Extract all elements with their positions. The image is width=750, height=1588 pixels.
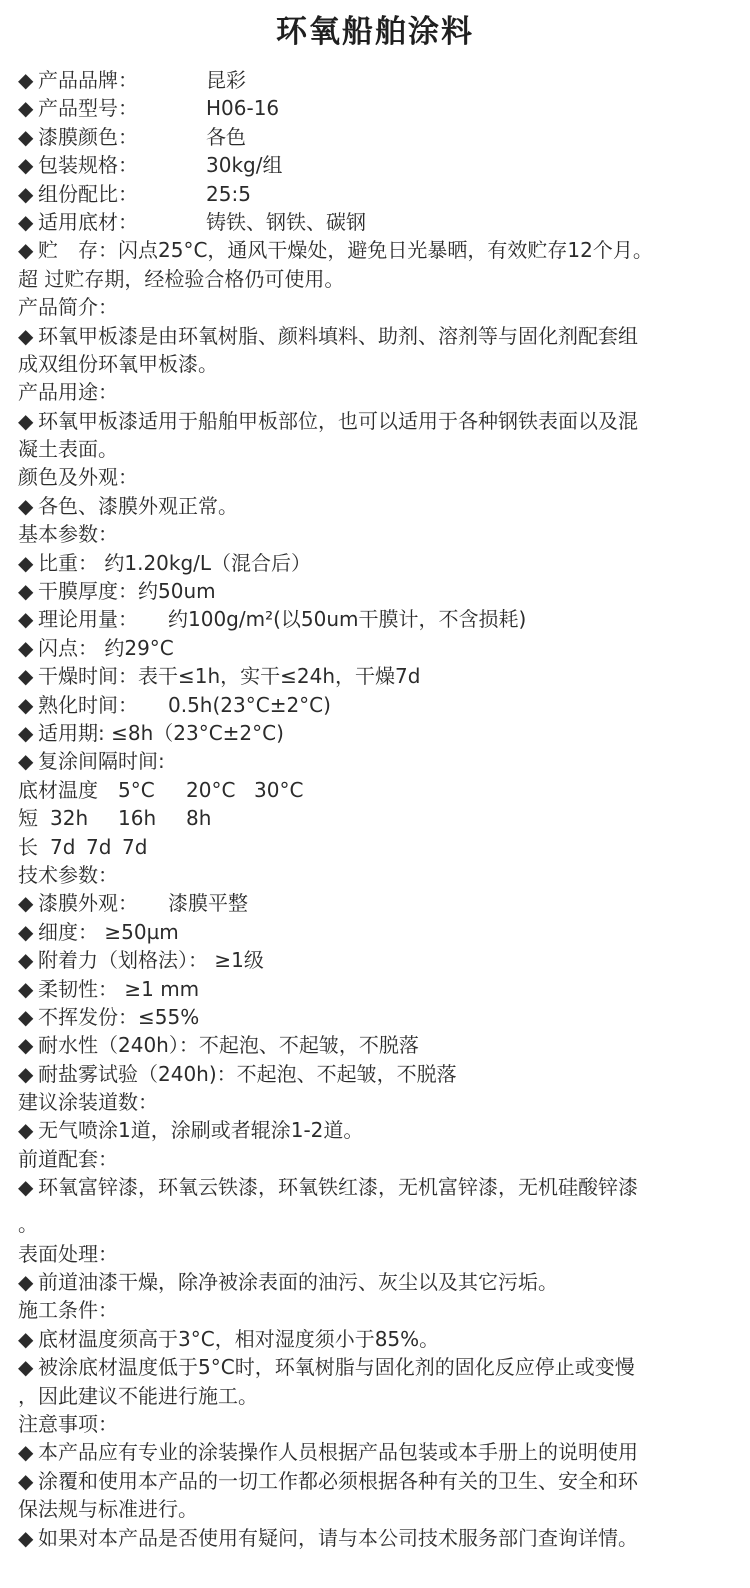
param-text: 比重： 约1.20kg/L（混合后） (38, 551, 311, 575)
table-cell: 7d (86, 833, 122, 861)
section-heading-primer: 前道配套： (18, 1145, 733, 1173)
spec-label: 产品型号： (38, 94, 206, 122)
spec-ratio: ◆组份配比：25:5 (18, 180, 733, 208)
spec-substrate: ◆适用底材：铸铁、钢铁、碳钢 (18, 208, 733, 236)
diamond-bullet-icon: ◆ (18, 94, 38, 122)
param-text: 干燥时间：表干≤1h，实干≤24h，干燥7d (38, 664, 420, 688)
spec-label: 适用底材： (38, 208, 206, 236)
spec-model: ◆产品型号：H06-16 (18, 94, 733, 122)
diamond-bullet-icon: ◆ (18, 747, 38, 775)
tech-param-item: ◆耐盐雾试验（240h)：不起泡、不起皱，不脱落 (18, 1060, 733, 1088)
recoat-table-row: 长7d7d7d (18, 833, 733, 861)
table-cell: 长 (18, 833, 50, 861)
diamond-bullet-icon: ◆ (18, 634, 38, 662)
notes-item: ◆涂覆和使用本产品的一切工作都必须根据各种有关的卫生、安全和环 (18, 1467, 733, 1495)
spec-brand: ◆产品品牌：昆彩 (18, 66, 733, 94)
diamond-bullet-icon: ◆ (18, 123, 38, 151)
table-cell: 7d (50, 833, 86, 861)
surface-text-line: 前道油漆干燥，除净被涂表面的油污、灰尘以及其它污垢。 (38, 1270, 558, 1294)
table-header-cell: 30°C (254, 776, 303, 804)
param-text: 耐盐雾试验（240h)：不起泡、不起皱，不脱落 (38, 1062, 457, 1086)
page-title: 环氧船舶涂料 (0, 10, 750, 54)
table-cell: 7d (122, 833, 147, 861)
notes-item: ◆本产品应有专业的涂装操作人员根据产品包装或本手册上的说明使用 (18, 1438, 733, 1466)
tech-param-item: ◆柔韧性： ≥1 mm (18, 975, 733, 1003)
primer-text-line: 环氧富锌漆，环氧云铁漆，环氧铁红漆，无机富锌漆，无机硅酸锌漆 (38, 1175, 638, 1199)
tech-param-item: ◆漆膜外观： 漆膜平整 (18, 889, 733, 917)
spec-color: ◆漆膜颜色：各色 (18, 123, 733, 151)
diamond-bullet-icon: ◆ (18, 492, 38, 520)
param-text: 熟化时间： 0.5h(23°C±2°C) (38, 693, 331, 717)
diamond-bullet-icon: ◆ (18, 1353, 38, 1381)
recoat-table-header: 底材温度5°C20°C30°C (18, 776, 733, 804)
diamond-bullet-icon: ◆ (18, 236, 38, 264)
diamond-bullet-icon: ◆ (18, 208, 38, 236)
usage-text-line: 环氧甲板漆适用于船舶甲板部位，也可以适用于各种钢铁表面以及混 (38, 409, 638, 433)
param-text: 附着力（划格法）： ≥1级 (38, 948, 264, 972)
spec-value: 25:5 (206, 180, 251, 208)
param-text: 干膜厚度：约50um (38, 579, 216, 603)
primer-text-cont: 。 (18, 1202, 733, 1240)
spec-label: 组份配比： (38, 180, 206, 208)
spec-value: H06-16 (206, 94, 279, 122)
param-text: 适用期: ≤8h（23°C±2°C) (38, 721, 284, 745)
table-header-cell: 5°C (118, 776, 186, 804)
spec-label: 产品品牌： (38, 66, 206, 94)
basic-param-item: ◆干燥时间：表干≤1h，实干≤24h，干燥7d (18, 662, 733, 690)
notes-text: 本产品应有专业的涂装操作人员根据产品包装或本手册上的说明使用 (38, 1440, 638, 1464)
diamond-bullet-icon: ◆ (18, 691, 38, 719)
diamond-bullet-icon: ◆ (18, 1173, 38, 1201)
diamond-bullet-icon: ◆ (18, 151, 38, 179)
notes-text: 如果对本产品是否使用有疑问，请与本公司技术服务部门查询详情。 (38, 1526, 638, 1550)
diamond-bullet-icon: ◆ (18, 889, 38, 917)
usage-text: ◆环氧甲板漆适用于船舶甲板部位，也可以适用于各种钢铁表面以及混 (18, 407, 733, 435)
section-heading-surface: 表面处理： (18, 1240, 733, 1268)
diamond-bullet-icon: ◆ (18, 407, 38, 435)
usage-text-cont: 凝土表面。 (18, 435, 733, 463)
spec-package: ◆包装规格：30kg/组 (18, 151, 733, 179)
tech-param-item: ◆附着力（划格法）： ≥1级 (18, 946, 733, 974)
diamond-bullet-icon: ◆ (18, 719, 38, 747)
storage-line: ◆贮 存：闪点25°C，通风干燥处，避免日光暴晒，有效贮存12个月。 (18, 236, 733, 264)
param-text: 复涂间隔时间: (38, 749, 165, 773)
notes-text: 涂覆和使用本产品的一切工作都必须根据各种有关的卫生、安全和环 (38, 1469, 638, 1493)
table-header-cell: 底材温度 (18, 776, 118, 804)
spec-label: 漆膜颜色： (38, 123, 206, 151)
conditions-item-cont: ，因此建议不能进行施工。 (18, 1382, 733, 1410)
diamond-bullet-icon: ◆ (18, 946, 38, 974)
conditions-text: 底材温度须高于3°C，相对湿度须小于85%。 (38, 1327, 439, 1351)
intro-text-cont: 成双组份环氧甲板漆。 (18, 350, 733, 378)
notes-item-cont: 保法规与标准进行。 (18, 1495, 733, 1523)
param-text: 闪点： 约29°C (38, 636, 174, 660)
conditions-text: 被涂底材温度低于5°C时，环氧树脂与固化剂的固化反应停止或变慢 (38, 1355, 635, 1379)
basic-param-item: ◆适用期: ≤8h（23°C±2°C) (18, 719, 733, 747)
diamond-bullet-icon: ◆ (18, 975, 38, 1003)
diamond-bullet-icon: ◆ (18, 322, 38, 350)
product-spec-document: ◆产品品牌：昆彩 ◆产品型号：H06-16 ◆漆膜颜色：各色 ◆包装规格：30k… (18, 66, 733, 1552)
tech-param-item: ◆耐水性（240h）：不起泡、不起皱，不脱落 (18, 1031, 733, 1059)
section-heading-tech-params: 技术参数： (18, 861, 733, 889)
diamond-bullet-icon: ◆ (18, 662, 38, 690)
diamond-bullet-icon: ◆ (18, 66, 38, 94)
basic-param-item: ◆比重： 约1.20kg/L（混合后） (18, 549, 733, 577)
table-cell: 8h (186, 804, 211, 832)
recoat-table-row: 短32h16h8h (18, 804, 733, 832)
diamond-bullet-icon: ◆ (18, 577, 38, 605)
diamond-bullet-icon: ◆ (18, 1467, 38, 1495)
section-heading-basic-params: 基本参数： (18, 520, 733, 548)
table-cell: 16h (118, 804, 186, 832)
basic-param-item: ◆熟化时间： 0.5h(23°C±2°C) (18, 691, 733, 719)
surface-text: ◆前道油漆干燥，除净被涂表面的油污、灰尘以及其它污垢。 (18, 1268, 733, 1296)
section-heading-appearance: 颜色及外观： (18, 463, 733, 491)
diamond-bullet-icon: ◆ (18, 549, 38, 577)
storage-line-cont: 超 过贮存期，经检验合格仍可使用。 (18, 265, 733, 293)
storage-text: 贮 存：闪点25°C，通风干燥处，避免日光暴晒，有效贮存12个月。 (38, 238, 653, 262)
spec-value: 铸铁、钢铁、碳钢 (206, 208, 366, 236)
spec-label: 包装规格： (38, 151, 206, 179)
coats-text: ◆无气喷涂1道，涂刷或者辊涂1-2道。 (18, 1116, 733, 1144)
conditions-item: ◆底材温度须高于3°C，相对湿度须小于85%。 (18, 1325, 733, 1353)
basic-param-item: ◆闪点： 约29°C (18, 634, 733, 662)
appearance-text: ◆各色、漆膜外观正常。 (18, 492, 733, 520)
section-heading-conditions: 施工条件： (18, 1296, 733, 1324)
table-header-cell: 20°C (186, 776, 254, 804)
section-heading-notes: 注意事项： (18, 1410, 733, 1438)
diamond-bullet-icon: ◆ (18, 605, 38, 633)
diamond-bullet-icon: ◆ (18, 1060, 38, 1088)
table-cell: 短 (18, 804, 50, 832)
coats-text-line: 无气喷涂1道，涂刷或者辊涂1-2道。 (38, 1118, 363, 1142)
basic-param-item: ◆理论用量： 约100g/m²(以50um干膜计，不含损耗) (18, 605, 733, 633)
basic-param-item: ◆复涂间隔时间: (18, 747, 733, 775)
diamond-bullet-icon: ◆ (18, 1116, 38, 1144)
spec-value: 各色 (206, 123, 246, 151)
diamond-bullet-icon: ◆ (18, 1438, 38, 1466)
diamond-bullet-icon: ◆ (18, 1524, 38, 1552)
intro-text-line: 环氧甲板漆是由环氧树脂、颜料填料、助剂、溶剂等与固化剂配套组 (38, 324, 638, 348)
intro-text: ◆环氧甲板漆是由环氧树脂、颜料填料、助剂、溶剂等与固化剂配套组 (18, 322, 733, 350)
diamond-bullet-icon: ◆ (18, 1325, 38, 1353)
spec-value: 30kg/组 (206, 151, 282, 179)
param-text: 耐水性（240h）：不起泡、不起皱，不脱落 (38, 1033, 419, 1057)
diamond-bullet-icon: ◆ (18, 1268, 38, 1296)
param-text: 漆膜外观： 漆膜平整 (38, 891, 248, 915)
section-heading-intro: 产品简介： (18, 293, 733, 321)
notes-item: ◆如果对本产品是否使用有疑问，请与本公司技术服务部门查询详情。 (18, 1524, 733, 1552)
section-heading-usage: 产品用途： (18, 378, 733, 406)
spec-value: 昆彩 (206, 66, 246, 94)
appearance-text-line: 各色、漆膜外观正常。 (38, 494, 238, 518)
param-text: 理论用量： 约100g/m²(以50um干膜计，不含损耗) (38, 607, 526, 631)
diamond-bullet-icon: ◆ (18, 1031, 38, 1059)
primer-text: ◆环氧富锌漆，环氧云铁漆，环氧铁红漆，无机富锌漆，无机硅酸锌漆 (18, 1173, 733, 1201)
basic-param-item: ◆干膜厚度：约50um (18, 577, 733, 605)
tech-param-item: ◆细度： ≥50µm (18, 918, 733, 946)
diamond-bullet-icon: ◆ (18, 918, 38, 946)
tech-param-item: ◆不挥发份：≤55% (18, 1003, 733, 1031)
diamond-bullet-icon: ◆ (18, 1003, 38, 1031)
diamond-bullet-icon: ◆ (18, 180, 38, 208)
param-text: 柔韧性： ≥1 mm (38, 977, 199, 1001)
param-text: 不挥发份：≤55% (38, 1005, 199, 1029)
param-text: 细度： ≥50µm (38, 920, 179, 944)
table-cell: 32h (50, 804, 118, 832)
conditions-item: ◆被涂底材温度低于5°C时，环氧树脂与固化剂的固化反应停止或变慢 (18, 1353, 733, 1381)
section-heading-coats: 建议涂装道数： (18, 1088, 733, 1116)
